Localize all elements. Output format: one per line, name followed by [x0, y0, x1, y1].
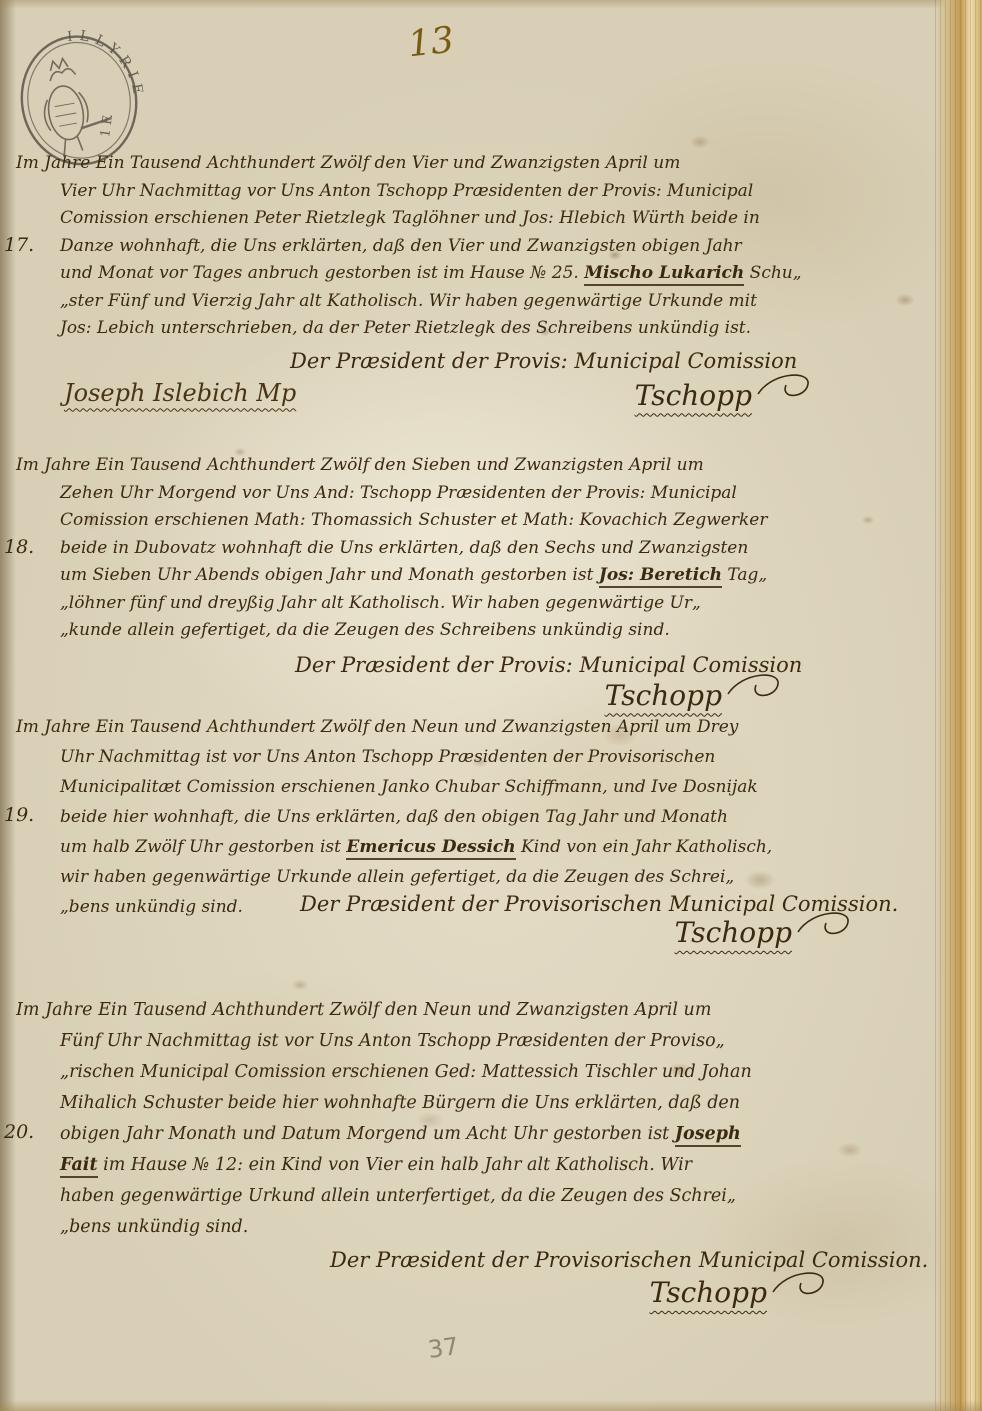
- line-text: Schu„: [744, 263, 801, 283]
- register-line: und Monat vor Tages anbruch gestorben is…: [60, 260, 924, 288]
- register-line: Fait im Hause № 12: ein Kind von Vier ei…: [60, 1150, 924, 1181]
- register-page: ILLYRIE 1 F. 13 17. Im Jahre Ein Tausend…: [0, 0, 982, 1411]
- register-line: „bens unkündig sind.: [60, 1212, 924, 1243]
- tschopp-signature: Tschopp: [675, 916, 854, 949]
- line-text: Jos: Lebich unterschrieben, da der Peter…: [60, 318, 751, 338]
- line-text: Uhr Nachmittag ist vor Uns Anton Tschopp…: [60, 747, 715, 767]
- register-line: Im Jahre Ein Tausend Achthundert Zwölf d…: [16, 150, 924, 178]
- entry-18-text: Im Jahre Ein Tausend Achthundert Zwölf d…: [60, 452, 924, 645]
- tschopp-signature: Tschopp: [650, 1276, 829, 1309]
- register-line: um Sieben Uhr Abends obigen Jahr und Mon…: [60, 562, 924, 590]
- signature-text: Tschopp: [605, 679, 722, 712]
- signature-text: Tschopp: [650, 1276, 767, 1309]
- register-line: um halb Zwölf Uhr gestorben ist Emericus…: [60, 832, 924, 862]
- register-line: Jos: Lebich unterschrieben, da der Peter…: [60, 315, 924, 343]
- line-text: Im Jahre Ein Tausend Achthundert Zwölf d…: [16, 455, 704, 475]
- register-line: beide hier wohnhaft, die Uns erklärten, …: [60, 802, 924, 832]
- line-text: obigen Jahr Monath und Datum Morgend um …: [60, 1124, 675, 1144]
- entry-17-number: 17.: [4, 234, 34, 256]
- entry-20: 20. Im Jahre Ein Tausend Achthundert Zwö…: [8, 995, 924, 1309]
- line-text: Im Jahre Ein Tausend Achthundert Zwölf d…: [16, 717, 738, 737]
- line-text: um Sieben Uhr Abends obigen Jahr und Mon…: [60, 565, 599, 585]
- line-text: Im Jahre Ein Tausend Achthundert Zwölf d…: [16, 1000, 711, 1020]
- eagle-figure-icon: [35, 52, 116, 157]
- signature-text: Tschopp: [675, 916, 792, 949]
- page-stack-edge: [935, 0, 982, 1411]
- pencil-page-number: 37: [426, 1332, 460, 1364]
- register-line: haben gegenwärtige Urkund allein unterfe…: [60, 1181, 924, 1212]
- entry-18-president-line: Der Præsident der Provis: Municipal Comi…: [60, 653, 924, 677]
- entry-20-text: Im Jahre Ein Tausend Achthundert Zwölf d…: [60, 995, 924, 1243]
- witness-signature-islebich: Joseph Islebich Mp: [64, 379, 296, 407]
- register-line: Im Jahre Ein Tausend Achthundert Zwölf d…: [16, 995, 924, 1026]
- register-line: „kunde allein gefertiget, da die Zeugen …: [60, 617, 924, 645]
- line-text: haben gegenwärtige Urkund allein unterfe…: [60, 1186, 736, 1206]
- register-line: Mihalich Schuster beide hier wohnhafte B…: [60, 1088, 924, 1119]
- tschopp-signature: Tschopp: [605, 679, 784, 712]
- register-line: beide in Dubovatz wohnhaft die Uns erklä…: [60, 535, 924, 563]
- deceased-name: Mischo Lukarich: [584, 263, 744, 286]
- signature-flourish-icon: [771, 1268, 829, 1304]
- signature-flourish-icon: [796, 908, 854, 944]
- entry-17: 17. Im Jahre Ein Tausend Achthundert Zwö…: [8, 150, 924, 412]
- page-bottom-edge: [0, 1400, 982, 1411]
- deceased-name: Emericus Dessich: [346, 837, 515, 860]
- signature-text: Tschopp: [635, 379, 752, 412]
- line-text: Municipalitæt Comission erschienen Janko…: [60, 777, 758, 797]
- register-line: Comission erschienen Peter Rietzlegk Tag…: [60, 205, 924, 233]
- line-text: „bens unkündig sind.: [60, 897, 243, 917]
- line-text: Vier Uhr Nachmittag vor Uns Anton Tschop…: [60, 181, 753, 201]
- register-line: Comission erschienen Math: Thomassich Sc…: [60, 507, 924, 535]
- tschopp-signature: Tschopp: [635, 379, 814, 412]
- line-text: Comission erschienen Math: Thomassich Sc…: [60, 510, 767, 530]
- register-line: Fünf Uhr Nachmittag ist vor Uns Anton Ts…: [60, 1026, 924, 1057]
- line-text: „bens unkündig sind.: [60, 1217, 248, 1237]
- line-text: „rischen Municipal Comission erschienen …: [60, 1062, 752, 1082]
- register-line: Danze wohnhaft, die Uns erklärten, daß d…: [60, 233, 924, 261]
- register-line: Zehen Uhr Morgend vor Uns And: Tschopp P…: [60, 480, 924, 508]
- line-text: „ster Fünf und Vierzig Jahr alt Katholis…: [60, 291, 757, 311]
- register-line: Municipalitæt Comission erschienen Janko…: [60, 772, 924, 802]
- register-line: Im Jahre Ein Tausend Achthundert Zwölf d…: [16, 712, 924, 742]
- line-text: im Hause № 12: ein Kind von Vier ein hal…: [98, 1155, 692, 1175]
- line-text: Comission erschienen Peter Rietzlegk Tag…: [60, 208, 760, 228]
- register-line: „löhner fünf und dreyßig Jahr alt Kathol…: [60, 590, 924, 618]
- line-text: „kunde allein gefertiget, da die Zeugen …: [60, 620, 670, 640]
- line-text: Mihalich Schuster beide hier wohnhafte B…: [60, 1093, 740, 1113]
- register-line: Vier Uhr Nachmittag vor Uns Anton Tschop…: [60, 178, 924, 206]
- stamp-denomination: 1 F.: [98, 113, 116, 138]
- line-text: wir haben gegenwärtige Urkunde allein ge…: [60, 867, 734, 887]
- entry-17-president-line: Der Præsident der Provis: Municipal Comi…: [60, 349, 924, 373]
- entry-19-number: 19.: [4, 804, 34, 826]
- entry-19: 19. Im Jahre Ein Tausend Achthundert Zwö…: [8, 712, 924, 949]
- line-text: Danze wohnhaft, die Uns erklärten, daß d…: [60, 236, 742, 256]
- register-line: Uhr Nachmittag ist vor Uns Anton Tschopp…: [60, 742, 924, 772]
- folio-number: 13: [406, 20, 456, 66]
- line-text: und Monat vor Tages anbruch gestorben is…: [60, 263, 584, 283]
- line-text: beide in Dubovatz wohnhaft die Uns erklä…: [60, 538, 748, 558]
- deceased-name: Joseph: [675, 1124, 741, 1147]
- register-line: obigen Jahr Monath und Datum Morgend um …: [60, 1119, 924, 1150]
- entry-19-text: Im Jahre Ein Tausend Achthundert Zwölf d…: [60, 712, 924, 922]
- signature-flourish-icon: [756, 370, 814, 406]
- entry-20-number: 20.: [4, 1121, 34, 1143]
- deceased-name: Fait: [60, 1155, 98, 1178]
- line-text: Zehen Uhr Morgend vor Uns And: Tschopp P…: [60, 483, 737, 503]
- deceased-name: Jos: Beretich: [599, 565, 722, 588]
- register-line: „ster Fünf und Vierzig Jahr alt Katholis…: [60, 288, 924, 316]
- signature-flourish-icon: [726, 670, 784, 706]
- line-text: Kind von ein Jahr Katholisch,: [516, 837, 773, 857]
- register-line: Im Jahre Ein Tausend Achthundert Zwölf d…: [16, 452, 924, 480]
- line-text: beide hier wohnhaft, die Uns erklärten, …: [60, 807, 728, 827]
- entry-18-number: 18.: [4, 536, 34, 558]
- entry-17-text: Im Jahre Ein Tausend Achthundert Zwölf d…: [60, 150, 924, 343]
- register-line: „rischen Municipal Comission erschienen …: [60, 1057, 924, 1088]
- line-text: Tag„: [722, 565, 767, 585]
- line-text: Fünf Uhr Nachmittag ist vor Uns Anton Ts…: [60, 1031, 725, 1051]
- register-line: wir haben gegenwärtige Urkunde allein ge…: [60, 862, 924, 892]
- line-text: um halb Zwölf Uhr gestorben ist: [60, 837, 346, 857]
- line-text: „löhner fünf und dreyßig Jahr alt Kathol…: [60, 593, 701, 613]
- page-top-edge: [0, 0, 982, 9]
- line-text: Im Jahre Ein Tausend Achthundert Zwölf d…: [16, 153, 680, 173]
- entry-18: 18. Im Jahre Ein Tausend Achthundert Zwö…: [8, 452, 924, 712]
